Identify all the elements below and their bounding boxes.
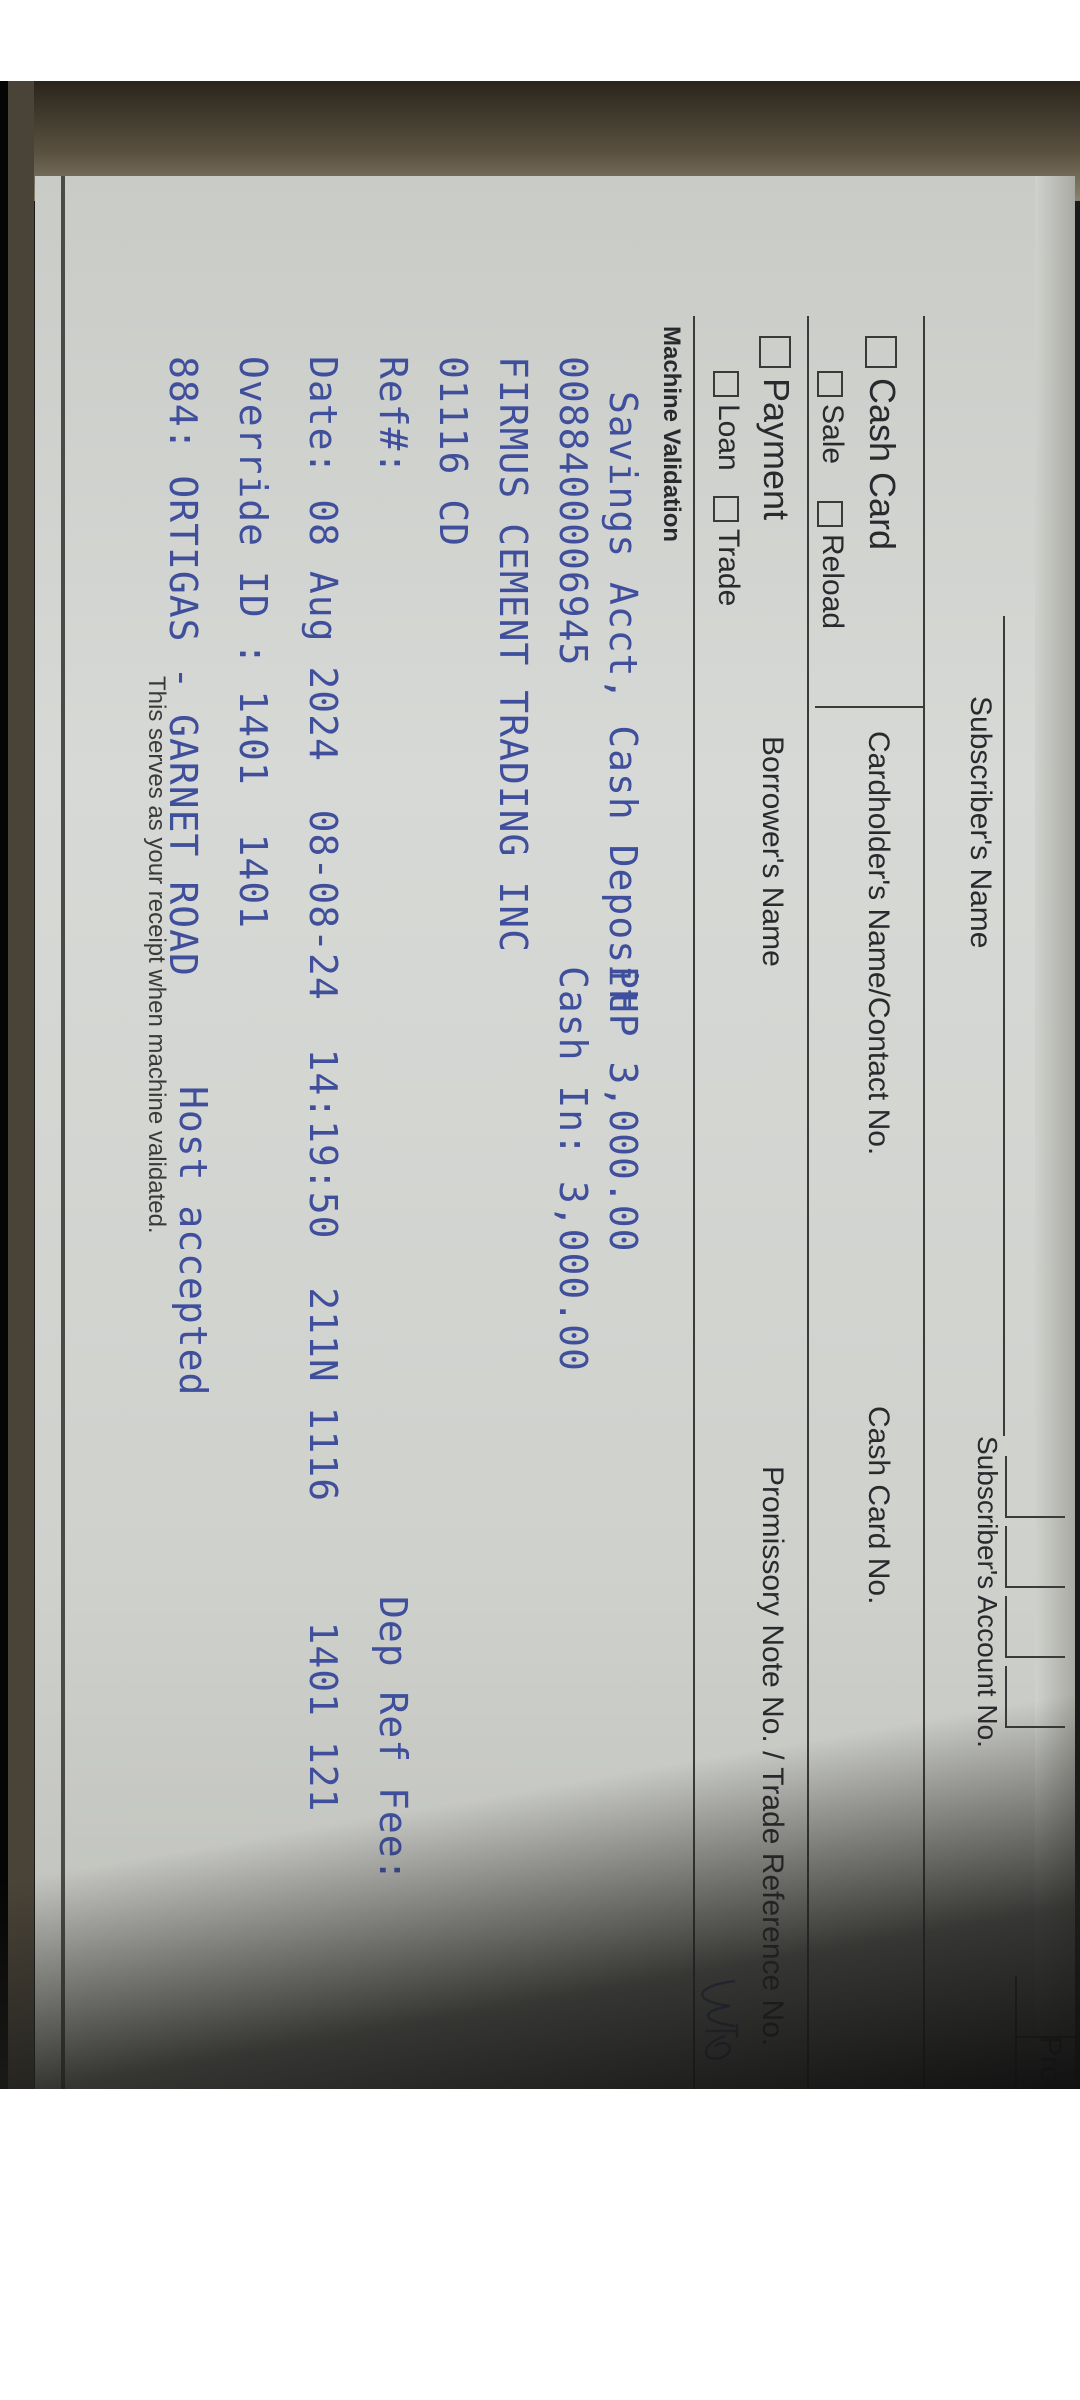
payment-checkbox[interactable] xyxy=(759,336,791,368)
sale-checkbox[interactable] xyxy=(817,371,843,397)
machine-validation-label: Machine Validation xyxy=(657,326,685,542)
validation-host-status: Host accepted xyxy=(171,1086,215,1396)
transaction-slip: Product Code Subscriber's Account No. Su… xyxy=(35,176,1075,2089)
account-box-3[interactable] xyxy=(1005,1596,1065,1658)
paper-fold xyxy=(1035,176,1075,2089)
row-divider-2 xyxy=(807,316,809,2089)
loan-checkbox[interactable] xyxy=(713,371,739,397)
validation-line-transaction: Savings Acct, Cash Deposit xyxy=(601,391,645,1012)
product-code-box-2[interactable] xyxy=(1015,2036,1075,2089)
account-box-1[interactable] xyxy=(1005,1456,1065,1518)
frame-edge xyxy=(0,81,8,2089)
row-divider-3 xyxy=(693,316,695,2089)
trade-label: Trade xyxy=(711,529,745,606)
cardholder-label: Cardholder's Name/Contact No. xyxy=(861,731,895,1155)
cash-card-label: Cash Card xyxy=(861,378,903,550)
validation-account-number: 0088400006945 xyxy=(551,356,595,666)
reload-label: Reload xyxy=(815,534,849,629)
receipt-photo: Product Code Subscriber's Account No. Su… xyxy=(0,81,1080,2089)
subscriber-name-line xyxy=(1003,616,1005,1436)
product-code-box-1[interactable] xyxy=(1015,1976,1075,2038)
subscriber-name-label: Subscriber's Name xyxy=(963,696,997,948)
receipt-footer-note: This serves as your receipt when machine… xyxy=(142,676,170,1234)
validation-branch-code: 01116 CD xyxy=(431,356,475,547)
validation-dep-ref-fee: Dep Ref Fee: xyxy=(371,1596,415,1883)
payment-label: Payment xyxy=(755,378,797,520)
subscriber-account-label: Subscriber's Account No. xyxy=(971,1436,1003,1748)
cash-card-no-label: Cash Card No. xyxy=(861,1406,895,1604)
validation-amount: PHP 3,000.00 xyxy=(601,966,645,1253)
validation-override-id: Override ID : 1401 1401 xyxy=(231,356,275,929)
slip-bottom-edge xyxy=(61,176,65,2089)
loan-label: Loan xyxy=(711,404,745,471)
validation-ref-label: Ref#: xyxy=(371,356,415,475)
sale-label: Sale xyxy=(815,404,849,464)
trade-checkbox[interactable] xyxy=(713,496,739,522)
validation-cash-in: Cash In: 3,000.00 xyxy=(551,966,595,1372)
reload-checkbox[interactable] xyxy=(817,501,843,527)
account-box-4[interactable] xyxy=(1005,1666,1065,1728)
promissory-note-label: Promissory Note No. / Trade Reference No… xyxy=(755,1466,789,2046)
account-box-2[interactable] xyxy=(1005,1526,1065,1588)
cash-card-divider xyxy=(815,706,925,708)
validation-account-name: FIRMUS CEMENT TRADING INC xyxy=(491,356,535,953)
row-divider-1 xyxy=(923,316,925,2089)
cash-card-checkbox[interactable] xyxy=(865,336,897,368)
borrower-name-label: Borrower's Name xyxy=(755,736,789,967)
validation-date-time: Date: 08 Aug 2024 08-08-24 14:19:50 211N… xyxy=(301,356,345,1813)
